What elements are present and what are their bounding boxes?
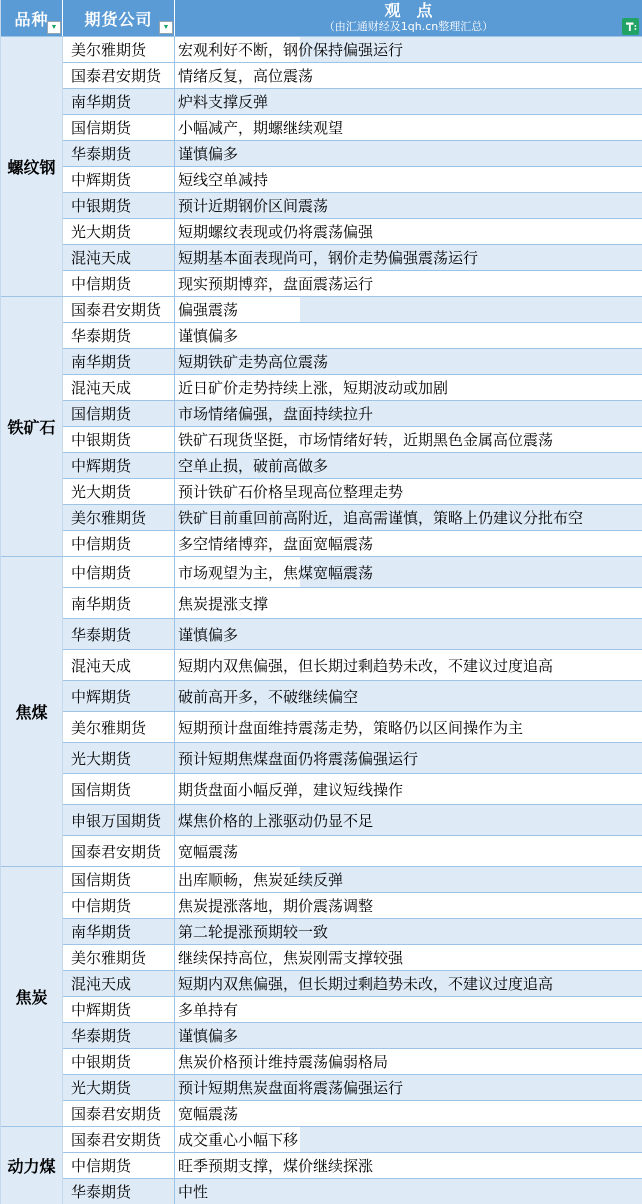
company-cell[interactable]: 中辉期货 (63, 997, 175, 1022)
view-cell[interactable]: 预计短期焦炭盘面将震荡偏强运行 (175, 1075, 642, 1100)
view-cell[interactable]: 预计近期钢价区间震荡 (175, 193, 642, 218)
table-row: 华泰期货谨慎偏多 (63, 323, 642, 349)
company-cell[interactable]: 光大期货 (63, 219, 175, 244)
funnel-icon (625, 21, 637, 33)
view-cell[interactable]: 短期螺纹表现或仍将震荡偏强 (175, 219, 642, 244)
view-cell[interactable]: 谨慎偏多 (175, 141, 642, 166)
view-cell[interactable]: 空单止损，破前高做多 (175, 453, 642, 478)
company-cell[interactable]: 南华期货 (63, 588, 175, 618)
table-row: 国信期货小幅减产，期螺继续观望 (63, 115, 642, 141)
section-rows: 美尔雅期货宏观利好不断，钢价保持偏强运行国泰君安期货情绪反复，高位震荡南华期货炉… (63, 37, 642, 296)
table-row: 美尔雅期货铁矿目前重回前高附近，追高需谨慎，策略上仍建议分批布空 (63, 505, 642, 531)
table-row: 混沌天成短期基本面表现尚可，钢价走势偏强震荡运行 (63, 245, 642, 271)
company-cell[interactable]: 国信期货 (63, 867, 175, 892)
view-cell[interactable]: 谨慎偏多 (175, 323, 642, 348)
table-row: 中信期货多空情绪博弈，盘面宽幅震荡 (63, 531, 642, 556)
table-row: 美尔雅期货继续保持高位，焦炭刚需支撑较强 (63, 945, 642, 971)
table-row: 国泰君安期货成交重心小幅下移 (63, 1127, 642, 1153)
table-row: 中银期货铁矿石现货坚挺，市场情绪好转，近期黑色金属高位震荡 (63, 427, 642, 453)
company-cell[interactable]: 国信期货 (63, 115, 175, 140)
variety-filter-button[interactable]: ▼ (47, 21, 61, 34)
view-cell[interactable]: 铁矿石现货坚挺，市场情绪好转，近期黑色金属高位震荡 (175, 427, 642, 452)
table-row: 中银期货预计近期钢价区间震荡 (63, 193, 642, 219)
company-cell[interactable]: 美尔雅期货 (63, 37, 175, 62)
table-row: 混沌天成短期内双焦偏强，但长期过剩趋势未改，不建议过度追高 (63, 971, 642, 997)
view-cell[interactable]: 焦炭提涨落地，期价震荡调整 (175, 893, 642, 918)
section-4: 动力煤国泰君安期货成交重心小幅下移中信期货旺季预期支撑，煤价继续探涨华泰期货中性 (1, 1127, 642, 1204)
table-row: 国泰君安期货宽幅震荡 (63, 1101, 642, 1126)
company-cell[interactable]: 混沌天成 (63, 245, 175, 270)
table-row: 光大期货短期螺纹表现或仍将震荡偏强 (63, 219, 642, 245)
company-cell[interactable]: 中银期货 (63, 193, 175, 218)
table-row: 美尔雅期货短期预计盘面维持震荡走势，策略仍以区间操作为主 (63, 712, 642, 743)
view-cell[interactable]: 破前高开多，不破继续偏空 (175, 681, 642, 711)
view-cell[interactable]: 情绪反复，高位震荡 (175, 63, 642, 88)
variety-cell[interactable]: 焦煤 (1, 557, 63, 866)
company-cell[interactable]: 中信期货 (63, 557, 175, 587)
company-cell[interactable]: 美尔雅期货 (63, 505, 175, 530)
company-cell[interactable]: 美尔雅期货 (63, 945, 175, 970)
futures-opinion-table: 品种 ▼ 期货公司 ▼ 观 点 （由汇通财经及1qh.cn整理汇总） (0, 0, 642, 1204)
company-cell[interactable]: 光大期货 (63, 1075, 175, 1100)
variety-cell[interactable]: 焦炭 (1, 867, 63, 1126)
table-row: 华泰期货中性 (63, 1179, 642, 1204)
view-cell[interactable]: 多空情绪博弈，盘面宽幅震荡 (175, 531, 642, 556)
view-cell[interactable]: 短期预计盘面维持震荡走势，策略仍以区间操作为主 (175, 712, 642, 742)
section-rows: 国泰君安期货偏强震荡华泰期货谨慎偏多南华期货短期铁矿走势高位震荡混沌天成近日矿价… (63, 297, 642, 556)
table-body: 螺纹钢美尔雅期货宏观利好不断，钢价保持偏强运行国泰君安期货情绪反复，高位震荡南华… (1, 37, 642, 1204)
table-row: 中辉期货破前高开多，不破继续偏空 (63, 681, 642, 712)
section-3: 焦炭国信期货出库顺畅，焦炭延续反弹中信期货焦炭提涨落地，期价震荡调整南华期货第二… (1, 867, 642, 1127)
view-cell[interactable]: 宏观利好不断，钢价保持偏强运行 (175, 37, 642, 62)
company-cell[interactable]: 南华期货 (63, 919, 175, 944)
view-cell[interactable]: 短期铁矿走势高位震荡 (175, 349, 642, 374)
section-rows: 中信期货市场观望为主，焦煤宽幅震荡南华期货焦炭提涨支撑华泰期货谨慎偏多混沌天成短… (63, 557, 642, 866)
company-cell[interactable]: 中信期货 (63, 271, 175, 296)
table-row: 南华期货第二轮提涨预期较一致 (63, 919, 642, 945)
view-cell[interactable]: 预计短期焦煤盘面仍将震荡偏强运行 (175, 743, 642, 773)
company-cell[interactable]: 混沌天成 (63, 650, 175, 680)
company-cell[interactable]: 南华期货 (63, 89, 175, 114)
table-row: 中信期货现实预期博弈，盘面震荡运行 (63, 271, 642, 296)
section-rows: 国泰君安期货成交重心小幅下移中信期货旺季预期支撑，煤价继续探涨华泰期货中性 (63, 1127, 642, 1204)
view-cell[interactable]: 期货盘面小幅反弹，建议短线操作 (175, 774, 642, 804)
header-variety[interactable]: 品种 ▼ (1, 0, 63, 36)
table-row: 申银万国期货煤焦价格的上涨驱动仍显不足 (63, 805, 642, 836)
company-cell[interactable]: 国泰君安期货 (63, 63, 175, 88)
view-cell[interactable]: 短期基本面表现尚可，钢价走势偏强震荡运行 (175, 245, 642, 270)
table-row: 国泰君安期货宽幅震荡 (63, 836, 642, 866)
company-cell[interactable]: 中辉期货 (63, 681, 175, 711)
section-rows: 国信期货出库顺畅，焦炭延续反弹中信期货焦炭提涨落地，期价震荡调整南华期货第二轮提… (63, 867, 642, 1126)
table-row: 南华期货炉料支撑反弹 (63, 89, 642, 115)
company-cell[interactable]: 混沌天成 (63, 375, 175, 400)
view-cell[interactable]: 多单持有 (175, 997, 642, 1022)
table-row: 光大期货预计短期焦炭盘面将震荡偏强运行 (63, 1075, 642, 1101)
company-cell[interactable]: 美尔雅期货 (63, 712, 175, 742)
view-cell[interactable]: 第二轮提涨预期较一致 (175, 919, 642, 944)
variety-cell[interactable]: 螺纹钢 (1, 37, 63, 296)
header-view-subtitle: （由汇通财经及1qh.cn整理汇总） (324, 21, 493, 33)
view-cell[interactable]: 短线空单减持 (175, 167, 642, 192)
section-2: 焦煤中信期货市场观望为主，焦煤宽幅震荡南华期货焦炭提涨支撑华泰期货谨慎偏多混沌天… (1, 557, 642, 867)
company-cell[interactable]: 中信期货 (63, 893, 175, 918)
table-row: 中信期货市场观望为主，焦煤宽幅震荡 (63, 557, 642, 588)
view-cell[interactable]: 继续保持高位，焦炭刚需支撑较强 (175, 945, 642, 970)
company-cell[interactable]: 国泰君安期货 (63, 1127, 175, 1152)
dropdown-arrow-icon: ▼ (51, 24, 58, 31)
table-row: 混沌天成短期内双焦偏强，但长期过剩趋势未改，不建议过度追高 (63, 650, 642, 681)
view-cell[interactable]: 炉料支撑反弹 (175, 89, 642, 114)
view-cell[interactable]: 中性 (175, 1179, 642, 1204)
view-cell[interactable]: 宽幅震荡 (175, 836, 642, 866)
company-cell[interactable]: 华泰期货 (63, 141, 175, 166)
table-row: 国信期货期货盘面小幅反弹，建议短线操作 (63, 774, 642, 805)
table-row: 华泰期货谨慎偏多 (63, 141, 642, 167)
corner-funnel-button[interactable] (622, 18, 639, 35)
variety-cell[interactable]: 铁矿石 (1, 297, 63, 556)
header-view-title: 观 点 (384, 3, 432, 20)
table-row: 国信期货出库顺畅，焦炭延续反弹 (63, 867, 642, 893)
table-row: 国泰君安期货情绪反复，高位震荡 (63, 63, 642, 89)
company-cell[interactable]: 国信期货 (63, 774, 175, 804)
dropdown-arrow-icon: ▼ (163, 24, 170, 31)
header-variety-label: 品种 (14, 7, 48, 30)
company-cell[interactable]: 华泰期货 (63, 619, 175, 649)
view-cell[interactable]: 预计铁矿石价格呈现高位整理走势 (175, 479, 642, 504)
company-cell[interactable]: 国泰君安期货 (63, 297, 175, 322)
table-row: 中辉期货多单持有 (63, 997, 642, 1023)
header-company[interactable]: 期货公司 ▼ (63, 0, 175, 36)
company-cell[interactable]: 中银期货 (63, 427, 175, 452)
table-row: 国泰君安期货偏强震荡 (63, 297, 642, 323)
table-row: 中信期货焦炭提涨落地，期价震荡调整 (63, 893, 642, 919)
table-row: 中辉期货短线空单减持 (63, 167, 642, 193)
table-row: 美尔雅期货宏观利好不断，钢价保持偏强运行 (63, 37, 642, 63)
table-row: 中银期货焦炭价格预计维持震荡偏弱格局 (63, 1049, 642, 1075)
table-row: 中信期货旺季预期支撑，煤价继续探涨 (63, 1153, 642, 1179)
company-cell[interactable]: 国信期货 (63, 401, 175, 426)
table-row: 华泰期货谨慎偏多 (63, 619, 642, 650)
view-cell[interactable]: 现实预期博弈，盘面震荡运行 (175, 271, 642, 296)
company-cell[interactable]: 华泰期货 (63, 1179, 175, 1204)
view-cell[interactable]: 谨慎偏多 (175, 1023, 642, 1048)
variety-cell[interactable]: 动力煤 (1, 1127, 63, 1204)
company-cell[interactable]: 华泰期货 (63, 1023, 175, 1048)
view-cell[interactable]: 焦炭价格预计维持震荡偏弱格局 (175, 1049, 642, 1074)
header-view[interactable]: 观 点 （由汇通财经及1qh.cn整理汇总） (175, 0, 642, 36)
view-cell[interactable]: 市场观望为主，焦煤宽幅震荡 (175, 557, 642, 587)
view-cell[interactable]: 焦炭提涨支撑 (175, 588, 642, 618)
view-cell[interactable]: 成交重心小幅下移 (175, 1127, 642, 1152)
company-cell[interactable]: 光大期货 (63, 743, 175, 773)
view-cell[interactable]: 旺季预期支撑，煤价继续探涨 (175, 1153, 642, 1178)
company-cell[interactable]: 中辉期货 (63, 453, 175, 478)
header-company-label: 期货公司 (84, 7, 152, 30)
company-cell[interactable]: 中辉期货 (63, 167, 175, 192)
view-cell[interactable]: 出库顺畅，焦炭延续反弹 (175, 867, 642, 892)
view-cell[interactable]: 市场情绪偏强，盘面持续拉升 (175, 401, 642, 426)
company-cell[interactable]: 混沌天成 (63, 971, 175, 996)
company-cell[interactable]: 光大期货 (63, 479, 175, 504)
company-cell[interactable]: 南华期货 (63, 349, 175, 374)
view-cell[interactable]: 小幅减产，期螺继续观望 (175, 115, 642, 140)
table-row: 南华期货短期铁矿走势高位震荡 (63, 349, 642, 375)
view-cell[interactable]: 铁矿目前重回前高附近，追高需谨慎，策略上仍建议分批布空 (175, 505, 642, 530)
company-cell[interactable]: 中信期货 (63, 1153, 175, 1178)
table-header: 品种 ▼ 期货公司 ▼ 观 点 （由汇通财经及1qh.cn整理汇总） (1, 0, 642, 37)
view-cell[interactable]: 谨慎偏多 (175, 619, 642, 649)
view-cell[interactable]: 短期内双焦偏强，但长期过剩趋势未改，不建议过度追高 (175, 650, 642, 680)
view-cell[interactable]: 偏强震荡 (175, 297, 642, 322)
company-cell[interactable]: 中信期货 (63, 531, 175, 556)
table-row: 南华期货焦炭提涨支撑 (63, 588, 642, 619)
view-cell[interactable]: 煤焦价格的上涨驱动仍显不足 (175, 805, 642, 835)
table-row: 光大期货预计铁矿石价格呈现高位整理走势 (63, 479, 642, 505)
view-cell[interactable]: 宽幅震荡 (175, 1101, 642, 1126)
table-row: 国信期货市场情绪偏强，盘面持续拉升 (63, 401, 642, 427)
view-cell[interactable]: 短期内双焦偏强，但长期过剩趋势未改，不建议过度追高 (175, 971, 642, 996)
table-row: 华泰期货谨慎偏多 (63, 1023, 642, 1049)
company-cell[interactable]: 华泰期货 (63, 323, 175, 348)
section-1: 铁矿石国泰君安期货偏强震荡华泰期货谨慎偏多南华期货短期铁矿走势高位震荡混沌天成近… (1, 297, 642, 557)
section-0: 螺纹钢美尔雅期货宏观利好不断，钢价保持偏强运行国泰君安期货情绪反复，高位震荡南华… (1, 37, 642, 297)
table-row: 中辉期货空单止损，破前高做多 (63, 453, 642, 479)
company-cell[interactable]: 申银万国期货 (63, 805, 175, 835)
table-row: 光大期货预计短期焦煤盘面仍将震荡偏强运行 (63, 743, 642, 774)
company-cell[interactable]: 国泰君安期货 (63, 1101, 175, 1126)
company-cell[interactable]: 国泰君安期货 (63, 836, 175, 866)
view-cell[interactable]: 近日矿价走势持续上涨，短期波动或加剧 (175, 375, 642, 400)
table-row: 混沌天成近日矿价走势持续上涨，短期波动或加剧 (63, 375, 642, 401)
company-cell[interactable]: 中银期货 (63, 1049, 175, 1074)
company-filter-button[interactable]: ▼ (159, 21, 173, 34)
